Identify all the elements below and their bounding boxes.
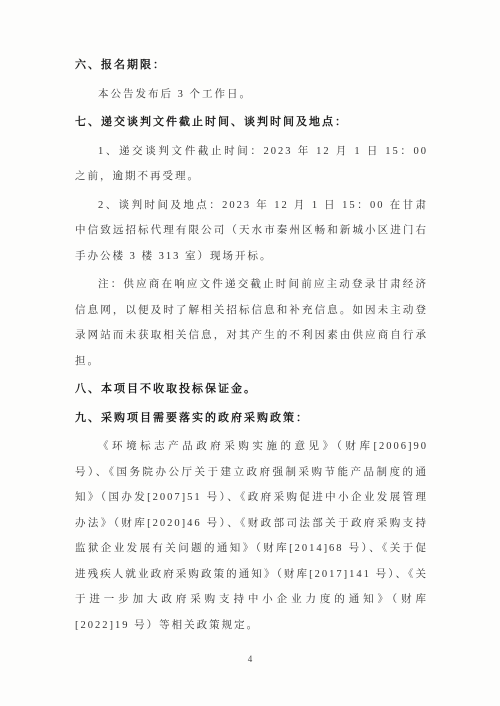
section-6-heading: 六、报名期限： xyxy=(75,53,428,79)
page-number: 4 xyxy=(248,654,253,664)
section-7-heading: 七、递交谈判文件截止时间、谈判时间及地点： xyxy=(75,110,428,136)
document-content: 六、报名期限： 本公告发布后 3 个工作日。 七、递交谈判文件截止时间、谈判时间… xyxy=(75,53,428,641)
page-footer: 4 xyxy=(0,649,500,667)
section-7-paragraph-note: 注：供应商在响应文件递交截止时间前应主动登录甘肃经济信息网，以便及时了解相关招标… xyxy=(75,272,428,374)
section-8-heading: 八、本项目不收取投标保证金。 xyxy=(75,377,428,403)
document-page: 六、报名期限： 本公告发布后 3 个工作日。 七、递交谈判文件截止时间、谈判时间… xyxy=(0,0,500,706)
section-7-paragraph-submission-deadline: 1、递交谈判文件截止时间：2023 年 12 月 1 日 15：00 之前，逾期… xyxy=(75,139,428,190)
section-9-paragraph-policies: 《环境标志产品政府采购实施的意见》（财库[2006]90 号）、《国务院办公厅关… xyxy=(75,434,428,638)
section-9-heading: 九、采购项目需要落实的政府采购政策： xyxy=(75,406,428,432)
section-6-paragraph-registration-period: 本公告发布后 3 个工作日。 xyxy=(75,82,428,108)
section-7-paragraph-negotiation-time-location: 2、谈判时间及地点：2023 年 12 月 1 日 15：00 在甘肃中信致远招… xyxy=(75,193,428,270)
